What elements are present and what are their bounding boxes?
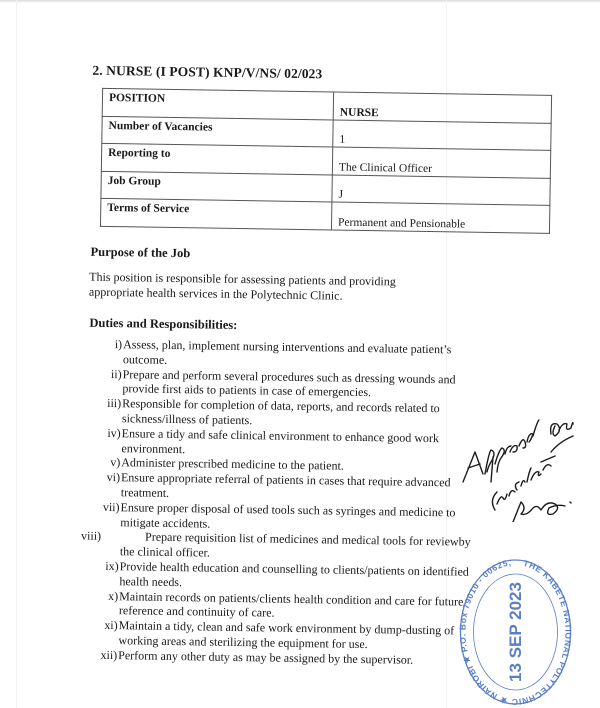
duties-list: i)Assess, plan, implement nursing interv… bbox=[95, 337, 485, 669]
duty-text: Maintain a tidy, clean and safe work env… bbox=[118, 618, 454, 651]
row-label: POSITION bbox=[102, 88, 333, 119]
duty-number: vi) bbox=[98, 470, 122, 485]
row-label: Reporting to bbox=[101, 143, 332, 174]
duty-number: xi) bbox=[96, 618, 120, 633]
row-label: Terms of Service bbox=[100, 198, 331, 229]
purpose-text: This position is responsible for assessi… bbox=[89, 270, 449, 306]
table-row: Terms of ServicePermanent and Pensionabl… bbox=[100, 198, 549, 233]
stamp-date: 13 SEP 2023 bbox=[506, 582, 525, 682]
duty-text: Ensure proper disposal of used tools suc… bbox=[120, 500, 455, 530]
duty-text: Responsible for completion of data, repo… bbox=[122, 396, 440, 427]
duty-number: iv) bbox=[99, 426, 123, 441]
duty-number: vii) bbox=[97, 500, 121, 515]
duty-number: x) bbox=[96, 588, 120, 603]
row-label: Job Group bbox=[101, 171, 332, 202]
position-info-table: POSITIONNURSENumber of Vacancies1Reporti… bbox=[100, 88, 552, 234]
duty-number: ix) bbox=[97, 559, 121, 574]
row-value: J bbox=[332, 174, 550, 205]
approval-ink bbox=[463, 420, 573, 522]
section-title: 2. NURSE (I POST) KNP/V/NS/ 02/023 bbox=[92, 63, 322, 83]
duty-text: Ensure a tidy and safe clinical environm… bbox=[121, 426, 439, 456]
duty-number: v) bbox=[98, 455, 122, 470]
duty-number: iii) bbox=[99, 396, 123, 411]
row-value: Permanent and Pensionable bbox=[331, 202, 549, 233]
handwritten-approval-signature bbox=[455, 412, 590, 522]
duty-number: i) bbox=[100, 337, 124, 352]
official-date-stamp: THE KABETE NATIONAL POLYTECHNIC ★ NAIROB… bbox=[458, 555, 573, 705]
duty-text: Assess, plan, implement nursing interven… bbox=[123, 337, 452, 366]
duty-number: viii) bbox=[81, 529, 105, 544]
duty-text: Provide health education and counselling… bbox=[119, 559, 469, 589]
duties-heading: Duties and Responsibilities: bbox=[89, 316, 237, 333]
purpose-heading: Purpose of the Job bbox=[90, 245, 190, 262]
duty-text: Ensure appropriate referral of patients … bbox=[121, 470, 451, 500]
duty-number: xii) bbox=[95, 648, 119, 663]
duty-text: Prepare and perform several procedures s… bbox=[122, 367, 455, 400]
duty-text: Prepare requisition list of medicines an… bbox=[120, 530, 471, 560]
row-value: 1 bbox=[333, 119, 551, 150]
duty-text: Maintain records on patients/clients hea… bbox=[119, 589, 464, 620]
duty-number: ii) bbox=[100, 366, 124, 381]
row-label: Number of Vacancies bbox=[102, 116, 333, 147]
row-value: The Clinical Officer bbox=[332, 147, 550, 178]
row-value: NURSE bbox=[333, 92, 551, 123]
